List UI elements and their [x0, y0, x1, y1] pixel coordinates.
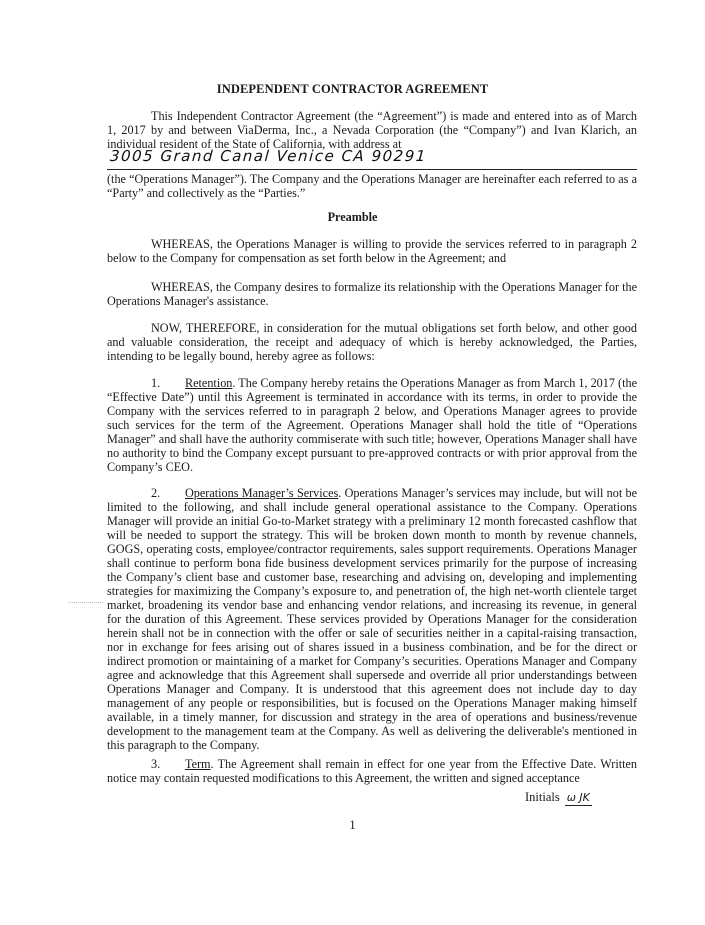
now-therefore-paragraph: NOW, THEREFORE, in consideration for the… [107, 321, 637, 363]
whereas-paragraph-1: WHEREAS, the Operations Manager is willi… [107, 237, 637, 265]
page-number: 1 [0, 818, 705, 832]
section-1-retention: 1.Retention. The Company hereby retains … [107, 376, 637, 474]
document-title: INDEPENDENT CONTRACTOR AGREEMENT [0, 82, 705, 96]
initials-marks: ω JK [565, 791, 592, 806]
handwritten-address: 3005 Grand Canal Venice CA 90291 [110, 149, 428, 163]
section-body: . The Company hereby retains the Operati… [107, 376, 637, 474]
initials-block: Initialsω JK [525, 790, 592, 806]
section-body: . Operations Manager’s services may incl… [107, 486, 637, 752]
intro-paragraph: This Independent Contractor Agreement (t… [107, 109, 637, 151]
section-2-services: 2.Operations Manager’s Services. Operati… [107, 486, 637, 752]
whereas-paragraph-2: WHEREAS, the Company desires to formaliz… [107, 280, 637, 308]
intro-continuation-text: (the “Operations Manager”). The Company … [107, 172, 637, 200]
section-number: 1. [151, 376, 185, 390]
intro-continuation: (the “Operations Manager”). The Company … [107, 172, 637, 200]
scan-artifact [68, 602, 103, 604]
intro-text: This Independent Contractor Agreement (t… [107, 109, 637, 151]
section-heading: Operations Manager’s Services [185, 486, 338, 500]
preamble-heading: Preamble [0, 210, 705, 224]
section-number: 2. [151, 486, 185, 500]
section-heading: Term [185, 757, 211, 771]
section-3-term: 3.Term. The Agreement shall remain in ef… [107, 757, 637, 785]
initials-label: Initials [525, 790, 560, 804]
section-number: 3. [151, 757, 185, 771]
document-page: INDEPENDENT CONTRACTOR AGREEMENT This In… [0, 0, 705, 925]
section-heading: Retention [185, 376, 232, 390]
